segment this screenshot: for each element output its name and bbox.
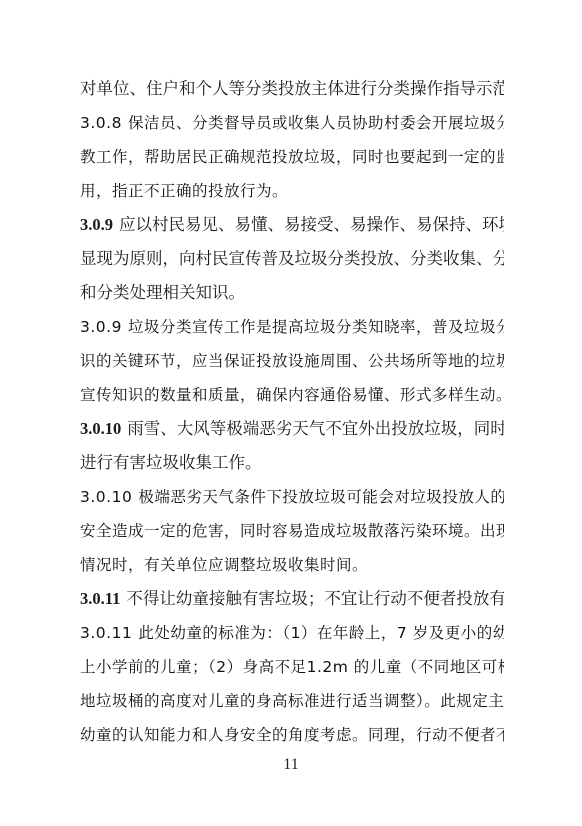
clause-number: 3.0.11 — [80, 624, 132, 642]
clause-number: 3.0.9 — [80, 215, 113, 234]
document-page: 对单位、住户和个人等分类投放主体进行分类操作指导示范。 3.0.8保洁员、分类督… — [80, 72, 504, 752]
text-line: 显现为原则，向村民宣传普及垃圾分类投放、分类收集、分类运输 — [80, 242, 504, 276]
clause-3-0-11: 3.0.11不得让幼童接触有害垃圾；不宜让行动不便者投放有害垃圾。 — [80, 582, 504, 616]
text-line: 安全造成一定的危害，同时容易造成垃圾散落污染环境。出现此类 — [80, 514, 504, 548]
clause-number: 3.0.11 — [80, 589, 120, 608]
text-line: 教工作，帮助居民正确规范投放垃圾，同时也要起到一定的监管作 — [80, 140, 504, 174]
clause-number: 3.0.8 — [80, 114, 122, 132]
text-line: 极端恶劣天气条件下投放垃圾可能会对垃圾投放人的人身 — [138, 488, 504, 506]
text-line: 上小学前的儿童；（2）身高不足1.2m 的儿童（不同地区可根据当 — [80, 650, 504, 684]
clause-3-0-9: 3.0.9应以村民易见、易懂、易接受、易操作、易保持、环境效益易 — [80, 208, 504, 242]
text-line: 地垃圾桶的高度对儿童的身高标准进行适当调整）。此规定主要是从 — [80, 684, 504, 718]
commentary-3-0-10: 3.0.10极端恶劣天气条件下投放垃圾可能会对垃圾投放人的人身 — [80, 480, 504, 514]
clause-number: 3.0.9 — [80, 318, 122, 336]
text-line: 垃圾分类宣传工作是提高垃圾分类知晓率，普及垃圾分类知 — [128, 318, 504, 336]
text-line: 情况时，有关单位应调整垃圾收集时间。 — [80, 548, 504, 582]
text-line: 幼童的认知能力和人身安全的角度考虑。同理，行动不便者不宜投 — [80, 718, 504, 752]
text-line: 保洁员、分类督导员或收集人员协助村委会开展垃圾分类宣 — [128, 114, 504, 132]
text-line: 对单位、住户和个人等分类投放主体进行分类操作指导示范。 — [80, 72, 504, 106]
page-number: 11 — [0, 756, 582, 774]
clause-number: 3.0.10 — [80, 419, 121, 438]
commentary-3-0-11: 3.0.11此处幼童的标准为：（1）在年龄上，7 岁及更小的幼童，即 — [80, 616, 504, 650]
text-line: 用，指正不正确的投放行为。 — [80, 174, 504, 208]
text-line: 识的关键环节，应当保证投放设施周围、公共场所等地的垃圾分类 — [80, 344, 504, 378]
text-line: 此处幼童的标准为：（1）在年龄上，7 岁及更小的幼童，即 — [138, 624, 504, 642]
text-line: 雨雪、大风等极端恶劣天气不宜外出投放垃圾，同时也不宜 — [127, 419, 504, 438]
text-line: 进行有害垃圾收集工作。 — [80, 446, 504, 480]
text-line: 不得让幼童接触有害垃圾；不宜让行动不便者投放有害垃圾。 — [126, 589, 504, 608]
commentary-3-0-8: 3.0.8保洁员、分类督导员或收集人员协助村委会开展垃圾分类宣 — [80, 106, 504, 140]
text-line: 宣传知识的数量和质量，确保内容通俗易懂、形式多样生动。 — [80, 378, 504, 412]
text-line: 应以村民易见、易懂、易接受、易操作、易保持、环境效益易 — [119, 215, 504, 234]
commentary-3-0-9: 3.0.9垃圾分类宣传工作是提高垃圾分类知晓率，普及垃圾分类知 — [80, 310, 504, 344]
clause-3-0-10: 3.0.10雨雪、大风等极端恶劣天气不宜外出投放垃圾，同时也不宜 — [80, 412, 504, 446]
text-line: 和分类处理相关知识。 — [80, 276, 504, 310]
clause-number: 3.0.10 — [80, 488, 132, 506]
